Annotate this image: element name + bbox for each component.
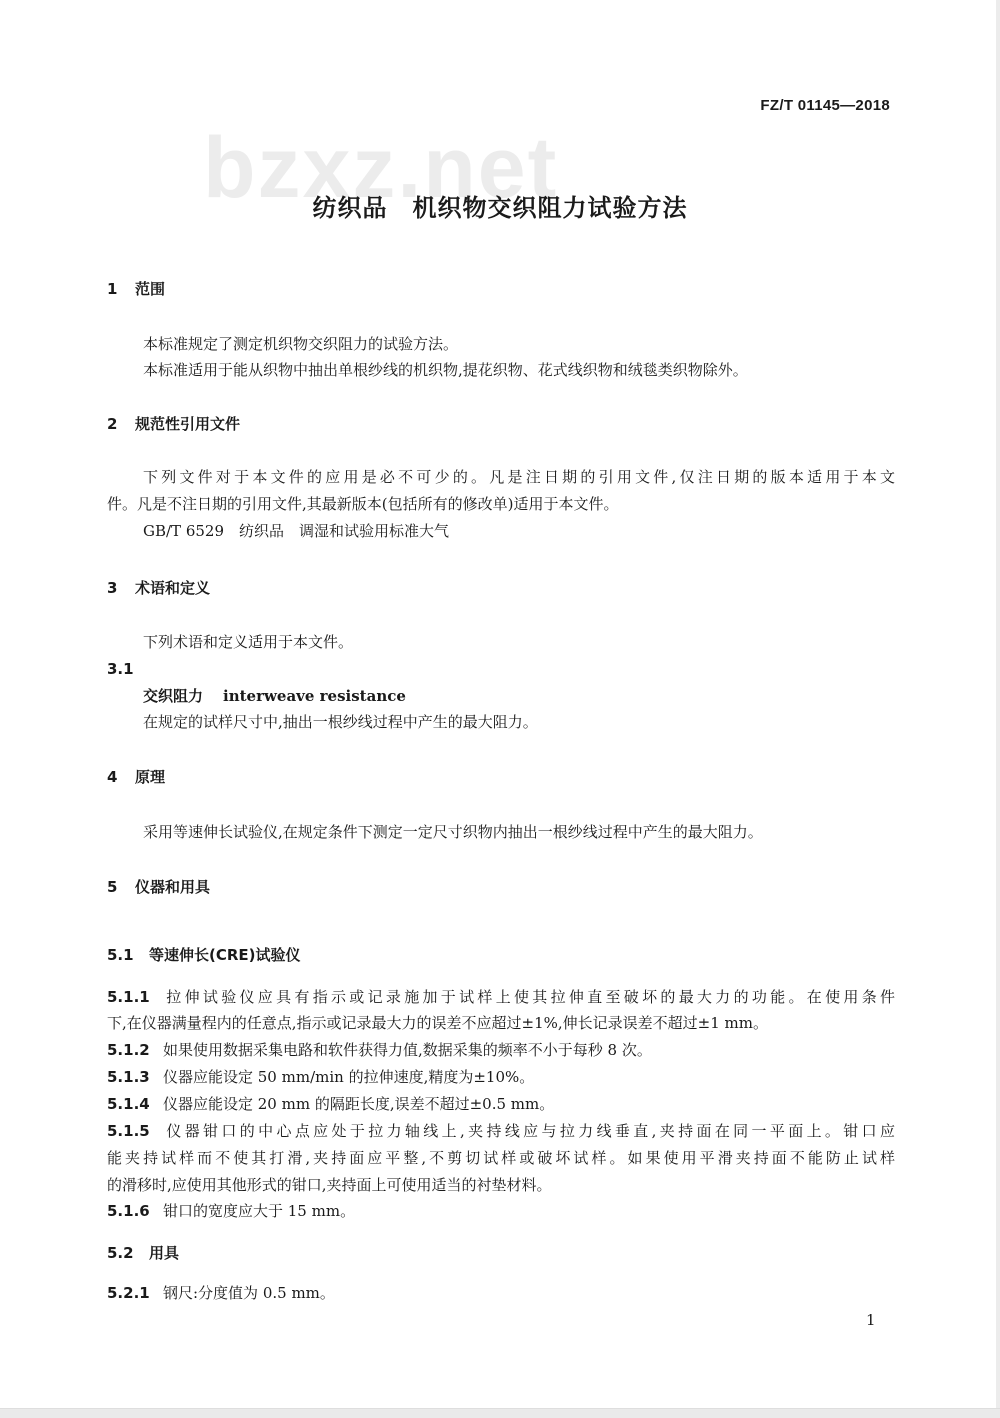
document-title: 纺织品 机织物交织阻力试验方法 [0, 188, 1000, 223]
clause-number: 5.1.6 [107, 1201, 163, 1221]
section-title: 范围 [135, 280, 165, 298]
clause-text: 仪器钳口的中心点应处于拉力轴线上,夹持线应与拉力线垂直,夹持面在同一平面上。钳口… [163, 1122, 895, 1140]
standard-code: FZ/T 01145—2018 [760, 97, 890, 114]
subsection-title: 用具 [149, 1244, 179, 1262]
section-2-heading: 2规范性引用文件 [107, 414, 240, 434]
section-number: 4 [107, 767, 135, 787]
clause-5-2-1: 5.2.1钢尺:分度值为 0.5 mm。 [107, 1283, 335, 1303]
subsection-number: 5.2 [107, 1243, 149, 1263]
term-english: interweave resistance [223, 687, 406, 705]
normative-reference: GB/T 6529 纺织品 调湿和试验用标准大气 [143, 521, 449, 541]
page-number: 1 [866, 1311, 876, 1329]
section-title: 术语和定义 [135, 579, 210, 597]
clause-text: 如果使用数据采集电路和软件获得力值,数据采集的频率不小于每秒 8 次。 [163, 1041, 652, 1059]
section-number: 5 [107, 877, 135, 897]
paragraph: 本标准规定了测定机织物交织阻力的试验方法。 [143, 334, 458, 354]
clause-number: 5.1.3 [107, 1067, 163, 1087]
clause-5-1-5-line-1: 5.1.5仪器钳口的中心点应处于拉力轴线上,夹持线应与拉力线垂直,夹持面在同一平… [107, 1121, 895, 1141]
clause-5-1-2: 5.1.2如果使用数据采集电路和软件获得力值,数据采集的频率不小于每秒 8 次。 [107, 1040, 652, 1060]
clause-text: 钳口的宽度应大于 15 mm。 [163, 1202, 355, 1220]
subsection-5-1-heading: 5.1等速伸长(CRE)试验仪 [107, 945, 301, 965]
clause-number: 5.1.5 [107, 1121, 163, 1141]
section-4-heading: 4原理 [107, 767, 165, 787]
page-edge-right [996, 0, 1000, 1418]
clause-number: 5.2.1 [107, 1283, 163, 1303]
section-3-heading: 3术语和定义 [107, 578, 210, 598]
paragraph-line: 下列文件对于本文件的应用是必不可少的。凡是注日期的引用文件,仅注日期的版本适用于… [143, 467, 895, 487]
clause-text: 拉伸试验仪应具有指示或记录施加于试样上使其拉伸直至破坏的最大力的功能。在使用条件 [163, 988, 895, 1006]
paragraph: 本标准适用于能从织物中抽出单根纱线的机织物,提花织物、花式线织物和绒毯类织物除外… [143, 360, 748, 380]
clause-5-1-6: 5.1.6钳口的宽度应大于 15 mm。 [107, 1201, 355, 1221]
clause-number: 5.1.4 [107, 1094, 163, 1114]
term-definition: 在规定的试样尺寸中,抽出一根纱线过程中产生的最大阻力。 [143, 712, 538, 732]
paragraph: 下列术语和定义适用于本文件。 [143, 632, 353, 652]
clause-number: 5.1.1 [107, 987, 163, 1007]
term-chinese: 交织阻力 [143, 687, 203, 705]
subsection-number: 5.1 [107, 945, 149, 965]
subsection-title: 等速伸长(CRE)试验仪 [149, 946, 301, 964]
section-title: 原理 [135, 768, 165, 786]
section-1-heading: 1范围 [107, 279, 165, 299]
clause-5-1-3: 5.1.3仪器应能设定 50 mm/min 的拉伸速度,精度为±10%。 [107, 1067, 534, 1087]
section-title: 规范性引用文件 [135, 415, 240, 433]
section-5-heading: 5仪器和用具 [107, 877, 210, 897]
subsection-5-2-heading: 5.2用具 [107, 1243, 179, 1263]
page-edge-bottom [0, 1408, 1000, 1418]
paragraph: 采用等速伸长试验仪,在规定条件下测定一定尺寸织物内抽出一根纱线过程中产生的最大阻… [143, 822, 763, 842]
paragraph-line: 件。凡是不注日期的引用文件,其最新版本(包括所有的修改单)适用于本文件。 [107, 494, 618, 514]
clause-text: 钢尺:分度值为 0.5 mm。 [163, 1284, 335, 1302]
clause-5-1-4: 5.1.4仪器应能设定 20 mm 的隔距长度,误差不超过±0.5 mm。 [107, 1094, 554, 1114]
section-number: 1 [107, 279, 135, 299]
document-page: FZ/T 01145—2018 bzxz.net 纺织品 机织物交织阻力试验方法… [0, 0, 996, 1408]
clause-5-1-5-line-3: 的滑移时,应使用其他形式的钳口,夹持面上可使用适当的衬垫材料。 [107, 1175, 552, 1195]
clause-text: 仪器应能设定 50 mm/min 的拉伸速度,精度为±10%。 [163, 1068, 534, 1086]
clause-5-1-1-line-2: 下,在仪器满量程内的任意点,指示或记录最大力的误差不应超过±1%,伸长记录误差不… [107, 1013, 768, 1033]
clause-5-1-1-line-1: 5.1.1拉伸试验仪应具有指示或记录施加于试样上使其拉伸直至破坏的最大力的功能。… [107, 987, 895, 1007]
clause-5-1-5-line-2: 能夹持试样而不使其打滑,夹持面应平整,不剪切试样或破坏试样。如果使用平滑夹持面不… [107, 1148, 895, 1168]
term-number: 3.1 [107, 659, 134, 679]
term-entry: 交织阻力interweave resistance [143, 686, 406, 706]
clause-number: 5.1.2 [107, 1040, 163, 1060]
section-number: 2 [107, 414, 135, 434]
clause-text: 仪器应能设定 20 mm 的隔距长度,误差不超过±0.5 mm。 [163, 1095, 554, 1113]
section-title: 仪器和用具 [135, 878, 210, 896]
section-number: 3 [107, 578, 135, 598]
